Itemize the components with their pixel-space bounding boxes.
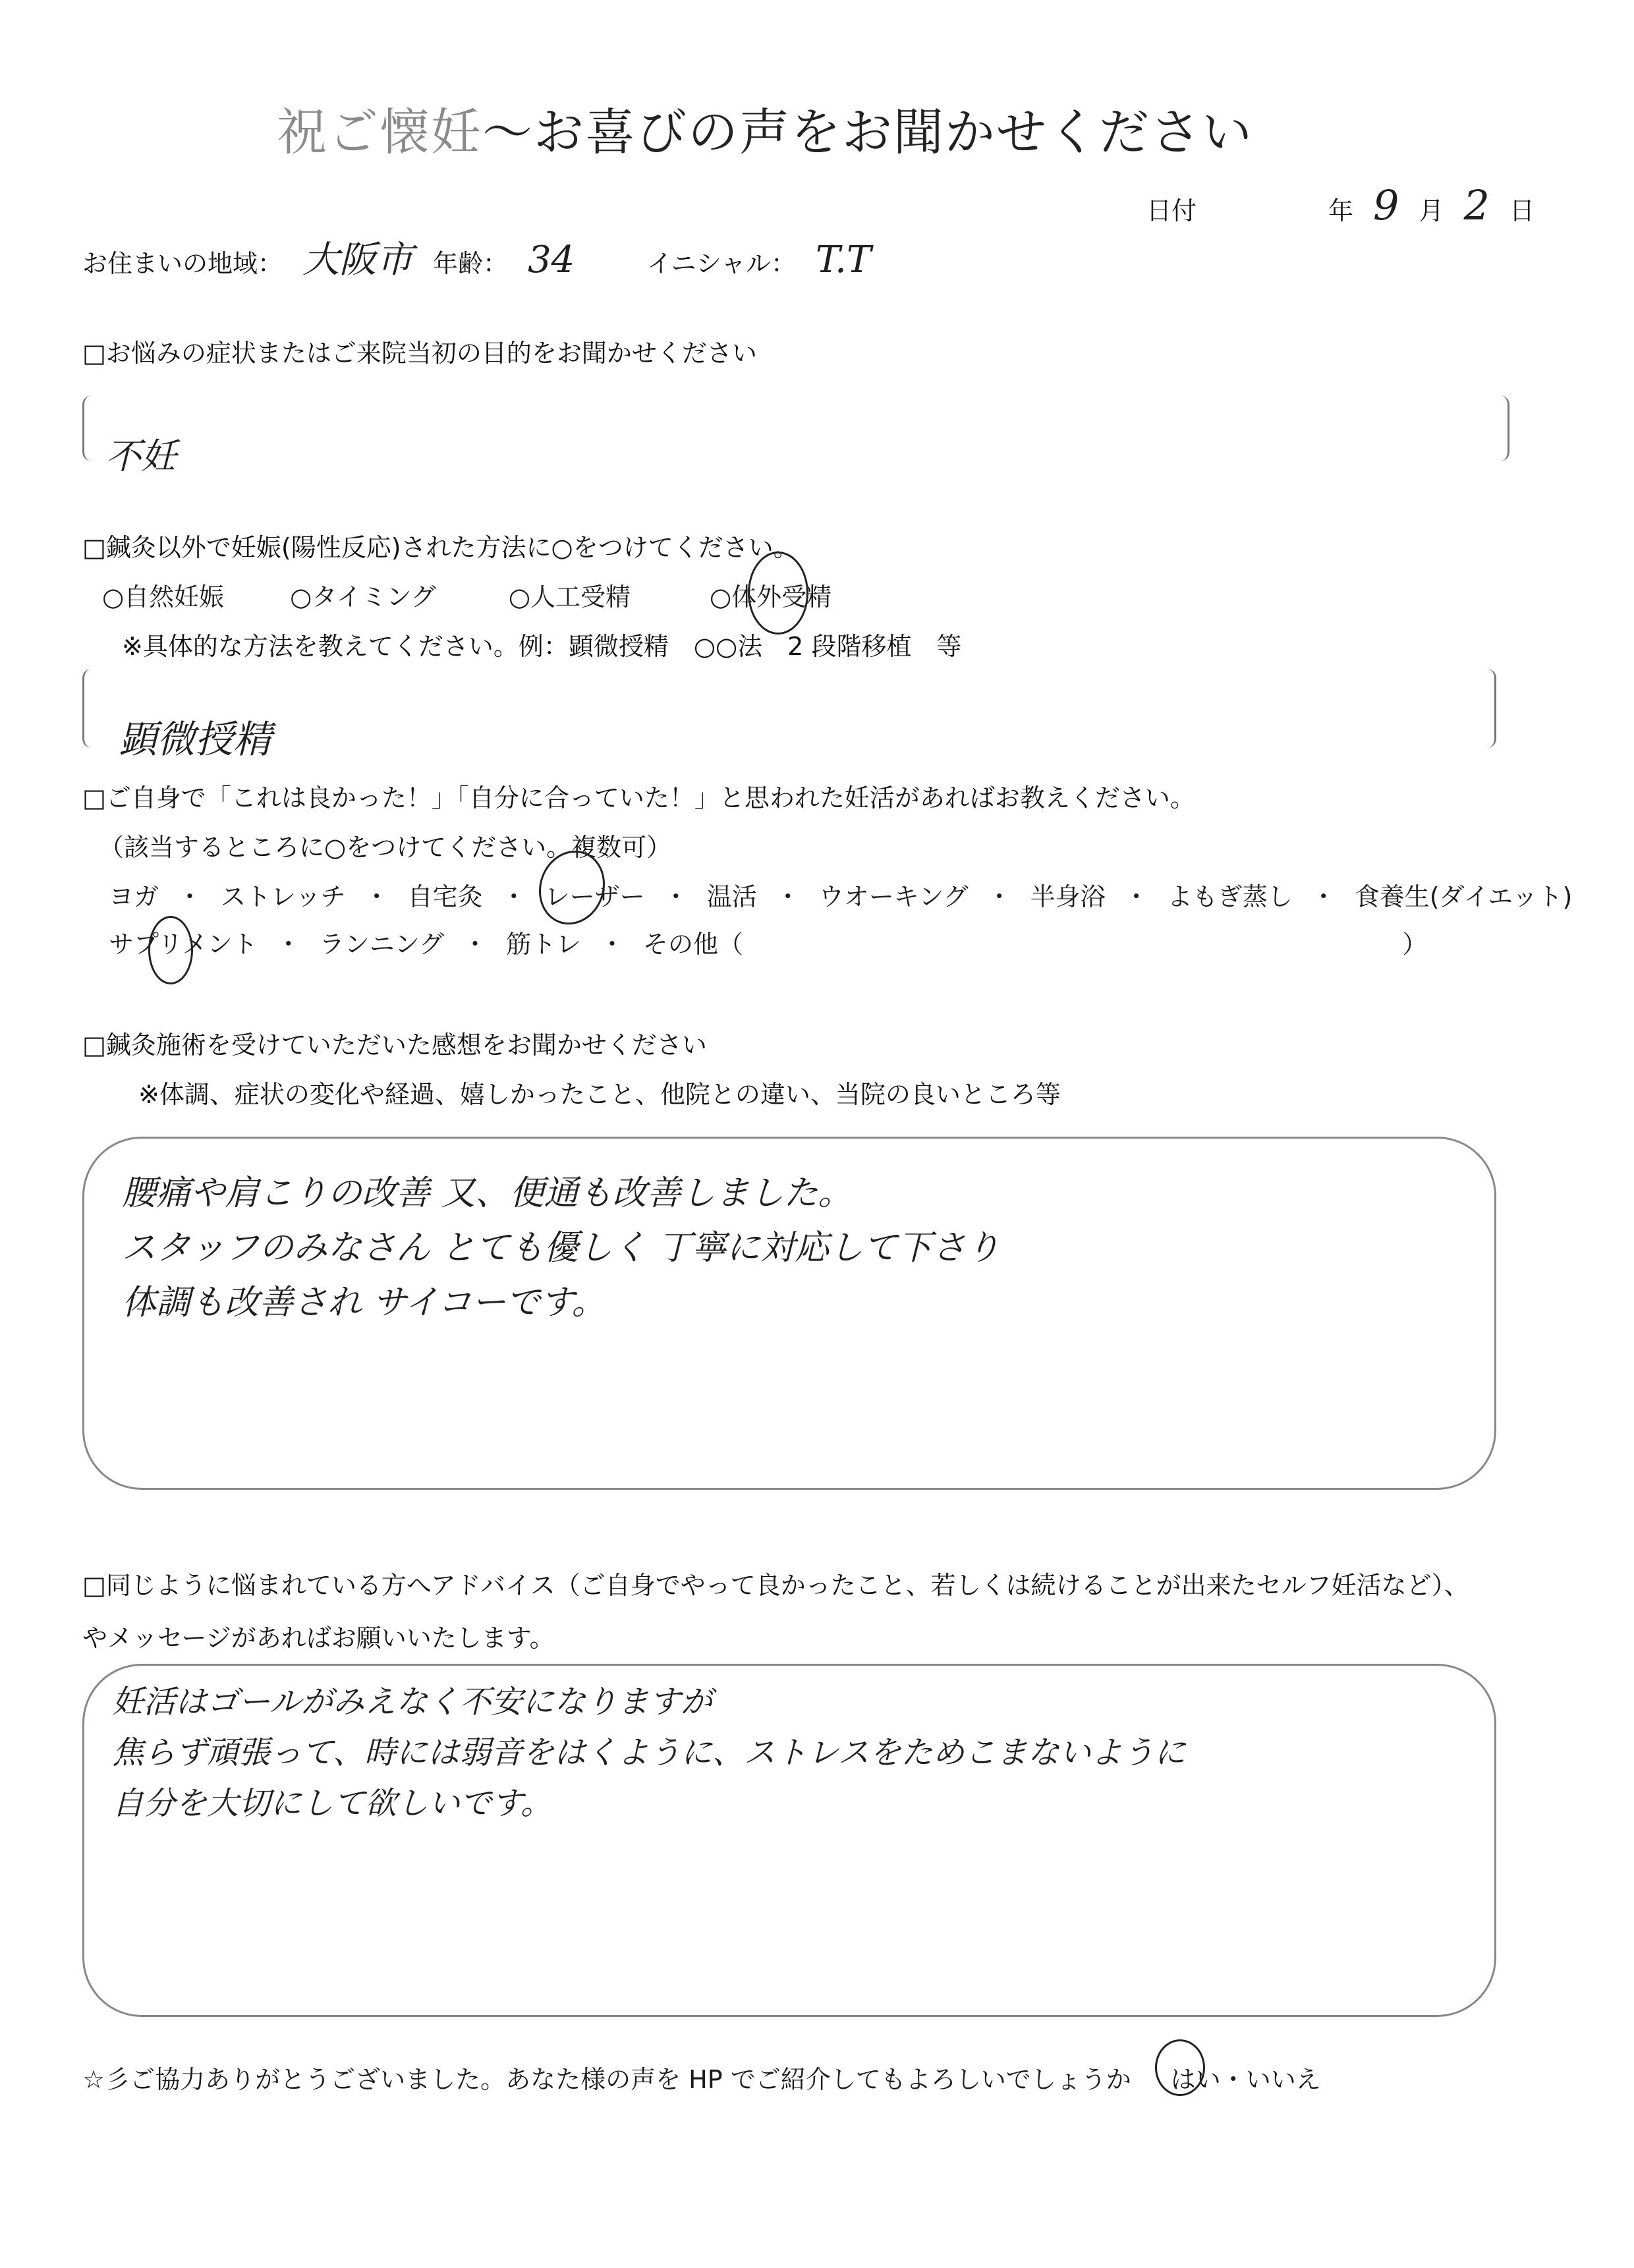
separator-dot: ・ [463, 924, 488, 960]
q2-option-ivf-selected[interactable]: ○体外受精 [710, 577, 831, 613]
q3-other-close: ） [1402, 924, 1427, 960]
q5-prompt-line2: やメッセージがあればお願いいたします。 [82, 1618, 555, 1654]
region-value[interactable]: 大阪市 [302, 231, 413, 283]
profile-row: お住まいの地域： 大阪市 年齢： 34 イニシャル： T.T [82, 231, 891, 283]
consent-prompt: ☆彡ご協力ありがとうございました。あなた様の声を HP でご紹介してもよろしいで… [82, 2059, 1131, 2095]
q3-option-running[interactable]: ランニング [320, 924, 444, 960]
date-month-label: 月 [1419, 190, 1444, 227]
separator-dot: ・ [663, 876, 689, 913]
consent-yes-selected[interactable]: はい [1171, 2059, 1221, 2095]
title-soft: 祝ご懐妊 [277, 103, 482, 161]
q3-option-walking[interactable]: ウオーキング [819, 876, 969, 913]
q4-answer-line: スタッフのみなさん とても優しく 丁寧に対応して下さり [122, 1221, 1000, 1276]
q1-prompt: □お悩みの症状またはご来院当初の目的をお聞かせください [82, 333, 757, 369]
page-title: 祝ご懐妊〜お喜びの声をお聞かせください [277, 92, 1253, 164]
q3-option-warming[interactable]: 温活 [707, 876, 757, 913]
q4-prompt: □鍼灸施術を受けていただいた感想をお聞かせください [82, 1025, 707, 1061]
date-label: 日付 [1146, 190, 1197, 227]
q3-option-stretch[interactable]: ストレッチ [221, 876, 346, 913]
date-day-label: 日 [1509, 190, 1535, 227]
date-day-value[interactable]: 2 [1464, 181, 1490, 229]
q2-option-artificial[interactable]: ○人工受精 [509, 577, 631, 613]
separator-dot: ・ [501, 876, 526, 913]
q1-answer: 不妊 [105, 428, 177, 479]
separator-dot: ・ [177, 876, 202, 913]
separator-dot: ・ [775, 876, 801, 913]
q3-option-supplement-selected[interactable]: サプリメント [109, 924, 258, 960]
q3-row2: サプリメント ・ ランニング ・ 筋トレ ・ その他（ ） [109, 924, 1427, 960]
q2-note: ※具体的な方法を教えてください。例：顕微授精 ○○法 2 段階移植 等 [122, 626, 961, 662]
q3-option-strength[interactable]: 筋トレ [506, 924, 581, 960]
q2-option-timing[interactable]: ○タイミング [290, 577, 436, 613]
q3-option-home-moxa[interactable]: 自宅灸 [408, 876, 483, 913]
consent-no[interactable]: いいえ [1246, 2059, 1321, 2095]
q2-option-natural[interactable]: ○自然妊娠 [102, 577, 224, 613]
q5-answer-line: 妊活はゴールがみえなく不安になりますが [112, 1677, 1186, 1728]
q2-options: ○自然妊娠 ○タイミング ○人工受精 ○体外受精 [102, 577, 831, 613]
consent-row: ☆彡ご協力ありがとうございました。あなた様の声を HP でご紹介してもよろしいで… [82, 2059, 1634, 2095]
separator-dot: ・ [600, 924, 625, 960]
separator-dot: ・ [364, 876, 389, 913]
consent-separator: ・ [1221, 2059, 1246, 2095]
q3-option-other[interactable]: その他（ [643, 924, 743, 960]
initial-label: イニシャル： [647, 243, 796, 279]
q3-option-half-bath[interactable]: 半身浴 [1030, 876, 1106, 913]
q3-prompt: □ご自身で「これは良かった！」「自分に合っていた！」と思われた妊活があればお教え… [82, 778, 1195, 814]
q5-answer: 妊活はゴールがみえなく不安になりますが 焦らず頑張って、時には弱音をはくように、… [112, 1677, 1186, 1829]
q2-answer-box[interactable] [82, 669, 1496, 748]
q5-answer-line: 自分を大切にして欲しいです。 [112, 1778, 1186, 1829]
q3-option-yomogi[interactable]: よもぎ蒸し [1168, 876, 1293, 913]
q1-answer-box[interactable] [82, 395, 1509, 461]
age-value[interactable]: 34 [528, 239, 575, 281]
q5-answer-line: 焦らず頑張って、時には弱音をはくように、ストレスをためこまないように [112, 1728, 1186, 1778]
q3-option-diet[interactable]: 食養生(ダイエット) [1355, 876, 1573, 913]
q4-answer: 腰痛や肩こりの改善 又、便通も改善しました。 スタッフのみなさん とても優しく … [122, 1166, 1000, 1331]
initial-value[interactable]: T.T [816, 239, 871, 281]
title-main: 〜お喜びの声をお聞かせください [482, 103, 1253, 161]
q2-answer: 顕微授精 [119, 708, 271, 764]
q3-row1: ヨガ ・ ストレッチ ・ 自宅灸 ・ レーザー ・ 温活 ・ ウオーキング ・ … [109, 876, 1572, 913]
q4-answer-line: 体調も改善され サイコーです。 [122, 1276, 1000, 1330]
q4-note: ※体調、症状の変化や経過、嬉しかったこと、他院との違い、当院の良いところ等 [138, 1074, 1061, 1110]
q3-option-laser-selected[interactable]: レーザー [545, 876, 645, 913]
separator-dot: ・ [1311, 876, 1336, 913]
separator-dot: ・ [1124, 876, 1149, 913]
date-year-label: 年 [1328, 190, 1353, 227]
age-label: 年齢： [433, 243, 508, 279]
date-month-value[interactable]: 9 [1373, 181, 1399, 229]
date-row: 日付 年 9 月 2 日 [1146, 181, 1535, 229]
q2-prompt: □鍼灸以外で妊娠(陽性反応)された方法に○をつけてください。 [82, 527, 799, 563]
q4-answer-line: 腰痛や肩こりの改善 又、便通も改善しました。 [122, 1166, 1000, 1221]
q3-option-yoga[interactable]: ヨガ [109, 876, 159, 913]
separator-dot: ・ [276, 924, 301, 960]
separator-dot: ・ [987, 876, 1012, 913]
region-label: お住まいの地域： [82, 243, 283, 279]
q5-prompt-line1: □同じように悩まれている方へアドバイス（ご自身でやって良かったこと、若しくは続け… [82, 1565, 1469, 1601]
